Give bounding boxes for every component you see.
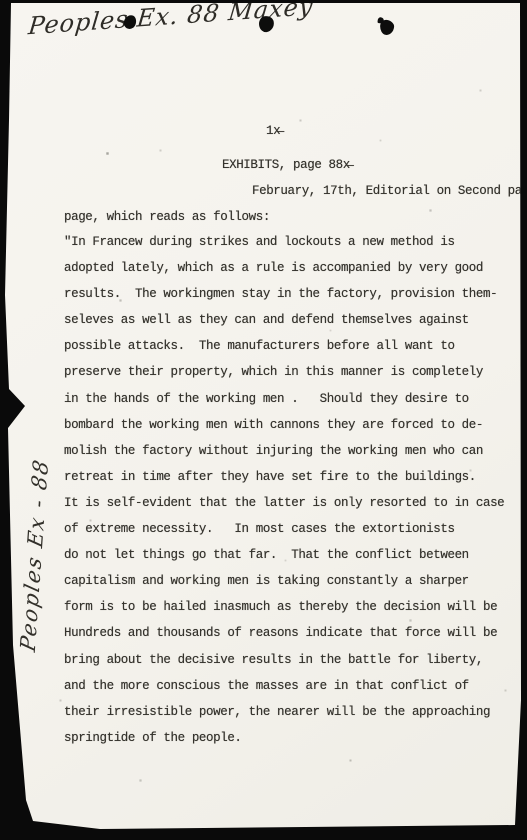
typed-line: retreat in time after they have set fire… [64,464,504,490]
paper-speckle-texture [0,0,1,1]
paper-sheet: Peoples Ex. 88 Maxey Peoples Ex - 88 1x̶… [0,0,527,840]
typed-line: "In Francew during strikes and lockouts … [64,229,504,255]
typed-line: their irresistible power, the nearer wil… [64,699,504,725]
typed-line: bombard the working men with cannons the… [64,412,504,438]
typed-line: seleves as well as they can and defend t… [64,307,504,333]
typed-line: molish the factory without injuring the … [64,438,504,464]
typed-line: of extreme necessity. In most cases the … [64,516,504,542]
page-number: 1x̶ [266,124,280,138]
typed-line: in the hands of the working men . Should… [64,386,504,412]
ink-blot [379,19,394,35]
typed-line: capitalism and working men is taking con… [64,568,504,594]
typed-line: adopted lately, which as a rule is accom… [64,255,504,281]
typed-line: form is to be hailed inasmuch as thereby… [64,594,504,620]
dateline: February, 17th, Editorial on Second pa [252,184,522,198]
typed-line: It is self-evident that the latter is on… [64,490,504,516]
typed-line: results. The workingmen stay in the fact… [64,281,504,307]
exhibit-heading: EXHIBITS, page 88x̶ [222,158,350,172]
scanned-document-page: Peoples Ex. 88 Maxey Peoples Ex - 88 1x̶… [0,0,527,840]
typed-line: bring about the decisive results in the … [64,647,504,673]
editorial-body-text: "In Francew during strikes and lockouts … [64,229,504,751]
typed-line: preserve their property, which in this m… [64,359,504,385]
typed-line: do not let things go that far. That the … [64,542,504,568]
handwritten-side-exhibit-annotation: Peoples Ex - 88 [16,379,58,654]
typed-line: possible attacks. The manufacturers befo… [64,333,504,359]
typed-line: Hundreds and thousands of reasons indica… [64,620,504,646]
typed-line: springtide of the people. [64,725,504,751]
dateline-continuation: page, which reads as follows: [64,210,270,224]
typed-line: and the more conscious the masses are in… [64,673,504,699]
